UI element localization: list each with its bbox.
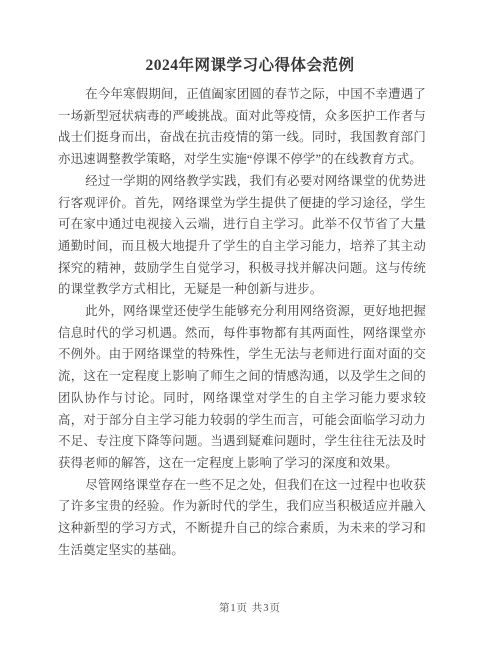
- paragraph-1: 在今年寒假期间，正值阖家团圆的春节之际，中国不幸遭遇了一场新型冠状病毒的严峻挑战…: [58, 84, 426, 171]
- paragraph-4: 尽管网络课堂存在一些不足之处，但我们在这一过程中也收获了许多宝贵的经验。作为新时…: [58, 475, 426, 562]
- paragraph-2: 经过一学期的网络教学实践，我们有必要对网络课堂的优势进行客观评价。首先，网络课堂…: [58, 171, 426, 301]
- document-title: 2024年网课学习心得体会范例: [0, 53, 500, 75]
- paragraph-3: 此外，网络课堂还使学生能够充分利用网络资源，更好地把握信息时代的学习机遇。然而，…: [58, 301, 426, 475]
- document-page: 2024年网课学习心得体会范例 在今年寒假期间，正值阖家团圆的春节之际，中国不幸…: [0, 0, 500, 647]
- page-number-footer: 第1页 共3页: [0, 600, 500, 615]
- document-body: 在今年寒假期间，正值阖家团圆的春节之际，中国不幸遭遇了一场新型冠状病毒的严峻挑战…: [58, 84, 426, 561]
